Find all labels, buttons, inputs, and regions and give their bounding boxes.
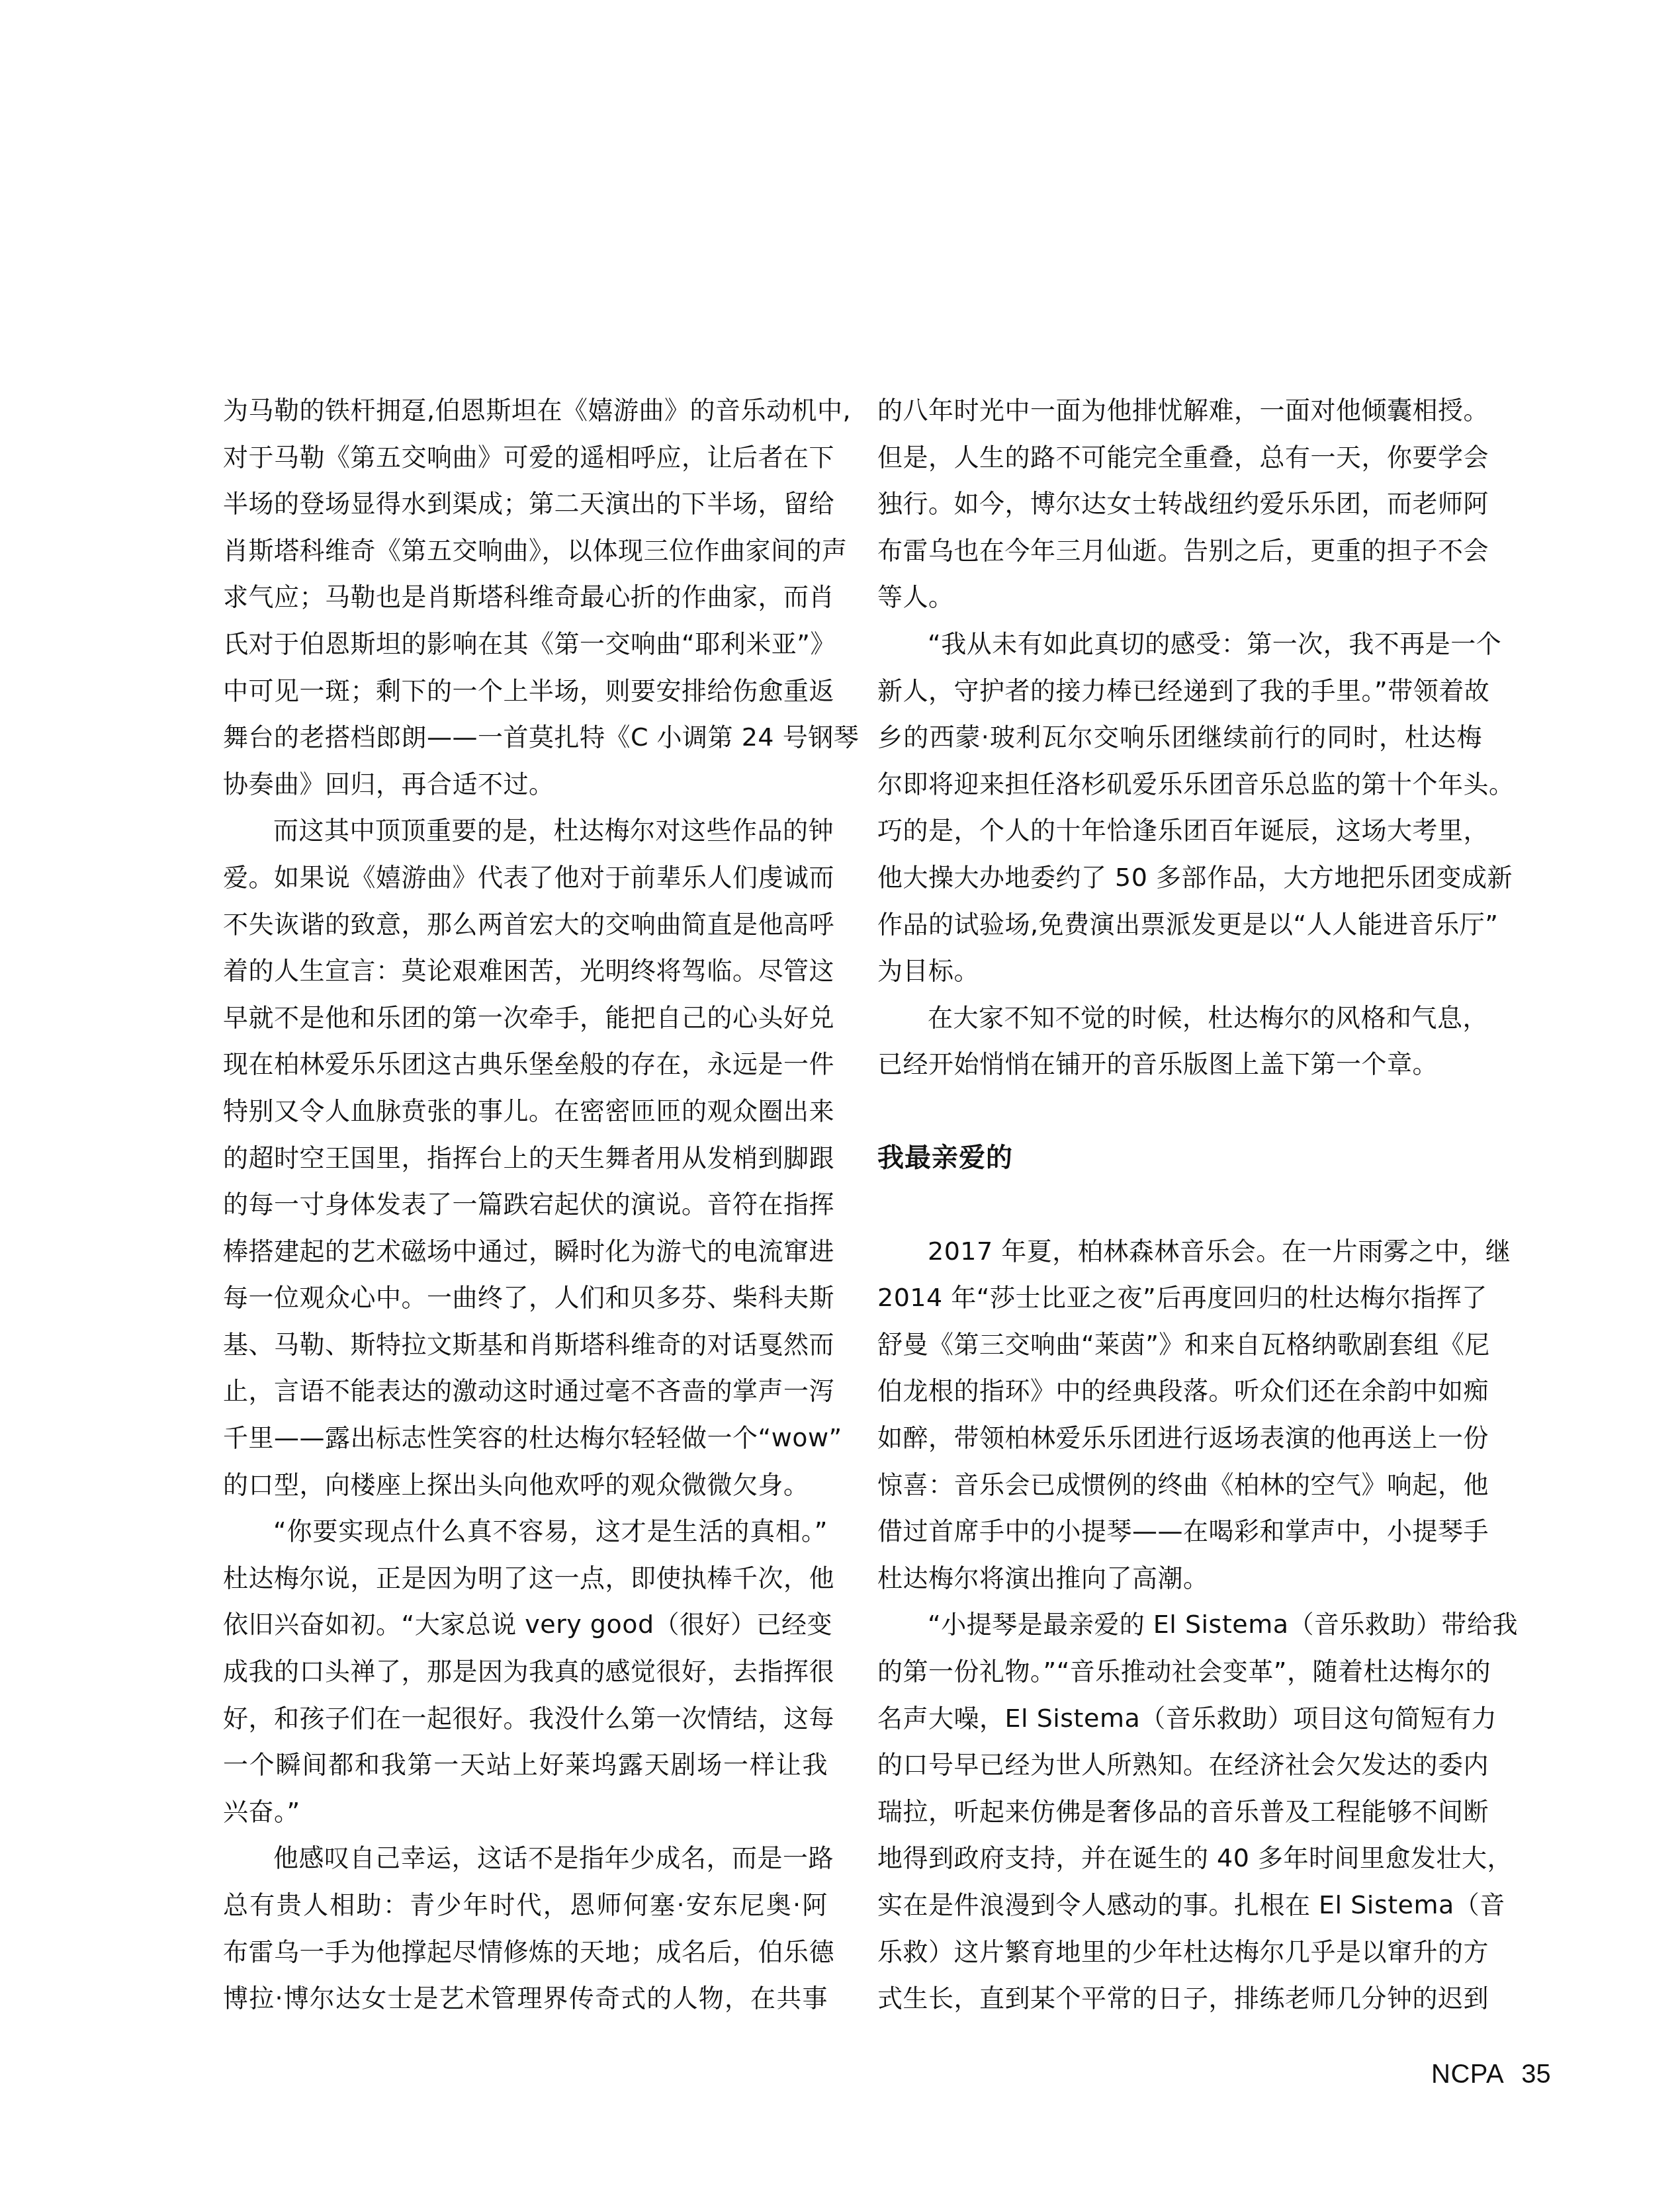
section-heading: 我最亲爱的 bbox=[877, 1139, 1482, 1186]
text-line: 每一位观众心中。一曲终了，人们和贝多芬、柴科夫斯 bbox=[223, 1279, 828, 1326]
text-line: 杜达梅尔说，正是因为明了这一点，即使执棒千次，他 bbox=[223, 1559, 828, 1606]
text-line: 而这其中顶顶重要的是，杜达梅尔对这些作品的钟 bbox=[223, 812, 828, 859]
text-line: 现在柏林爱乐乐团这古典乐堡垒般的存在，永远是一件 bbox=[223, 1045, 828, 1092]
text-line: “我从未有如此真切的感受：第一次，我不再是一个 bbox=[877, 625, 1482, 672]
text-line: 借过首席手中的小提琴——在喝彩和掌声中，小提琴手 bbox=[877, 1512, 1482, 1559]
text-line: 的口号早已经为世人所熟知。在经济社会欠发达的委内 bbox=[877, 1746, 1482, 1793]
text-line: 博拉·博尔达女士是艺术管理界传奇式的人物，在共事 bbox=[223, 1980, 828, 2027]
text-line: 求气应；马勒也是肖斯塔科维奇最心折的作曲家，而肖 bbox=[223, 578, 828, 625]
text-line: 如醉，带领柏林爱乐乐团进行返场表演的他再送上一份 bbox=[877, 1419, 1482, 1466]
text-line: 好，和孩子们在一起很好。我没什么第一次情结，这每 bbox=[223, 1700, 828, 1747]
text-line: 新人，守护者的接力棒已经递到了我的手里。”带领着故 bbox=[877, 672, 1482, 719]
text-line: 式生长，直到某个平常的日子，排练老师几分钟的迟到 bbox=[877, 1980, 1482, 2027]
text-line: 依旧兴奋如初。“大家总说 very good（很好）已经变 bbox=[223, 1606, 828, 1653]
text-line: 的口型，向楼座上探出头向他欢呼的观众微微欠身。 bbox=[223, 1466, 828, 1513]
text-line: 在大家不知不觉的时候，杜达梅尔的风格和气息， bbox=[877, 999, 1482, 1046]
text-line: 兴奋。” bbox=[223, 1793, 828, 1840]
text-line: 止，言语不能表达的激动这时通过毫不吝啬的掌声一泻 bbox=[223, 1372, 828, 1419]
text-line: 爱。如果说《嬉游曲》代表了他对于前辈乐人们虔诚而 bbox=[223, 859, 828, 906]
text-line: 千里——露出标志性笑容的杜达梅尔轻轻做一个“wow” bbox=[223, 1419, 828, 1466]
text-line: 2017 年夏，柏林森林音乐会。在一片雨雾之中，继 bbox=[877, 1233, 1482, 1280]
text-line: 已经开始悄悄在铺开的音乐版图上盖下第一个章。 bbox=[877, 1045, 1482, 1092]
section-spacer bbox=[877, 1186, 1482, 1233]
text-line: 为马勒的铁杆拥趸,伯恩斯坦在《嬉游曲》的音乐动机中, bbox=[223, 392, 828, 439]
text-line: 地得到政府支持，并在诞生的 40 多年时间里愈发壮大， bbox=[877, 1839, 1482, 1886]
text-line: 中可见一斑；剩下的一个上半场，则要安排给伤愈重返 bbox=[223, 672, 828, 719]
right-column: 的八年时光中一面为他排忧解难，一面对他倾囊相授。但是，人生的路不可能完全重叠，总… bbox=[877, 392, 1482, 2027]
right-column-bottom-text: 2017 年夏，柏林森林音乐会。在一片雨雾之中，继2014 年“莎士比亚之夜”后… bbox=[877, 1233, 1482, 2027]
text-line: 氏对于伯恩斯坦的影响在其《第一交响曲“耶利米亚”》 bbox=[223, 625, 828, 672]
text-line: 早就不是他和乐团的第一次牵手，能把自己的心头好兑 bbox=[223, 999, 828, 1046]
text-line: 2014 年“莎士比亚之夜”后再度回归的杜达梅尔指挥了 bbox=[877, 1279, 1482, 1326]
text-line: 乡的西蒙·玻利瓦尔交响乐团继续前行的同时，杜达梅 bbox=[877, 719, 1482, 766]
text-line: 对于马勒《第五交响曲》可爱的遥相呼应，让后者在下 bbox=[223, 439, 828, 486]
text-line: 乐救）这片繁育地里的少年杜达梅尔几乎是以窜升的方 bbox=[877, 1933, 1482, 1980]
text-line: 不失诙谐的致意，那么两首宏大的交响曲简直是他高呼 bbox=[223, 906, 828, 953]
text-line: 尔即将迎来担任洛杉矶爱乐乐团音乐总监的第十个年头。 bbox=[877, 766, 1482, 812]
text-line: 作品的试验场,免费演出票派发更是以“人人能进音乐厅” bbox=[877, 906, 1482, 953]
text-line: 但是，人生的路不可能完全重叠，总有一天，你要学会 bbox=[877, 439, 1482, 486]
text-line: 特别又令人血脉贲张的事儿。在密密匝匝的观众圈出来 bbox=[223, 1092, 828, 1139]
text-line: 协奏曲》回归，再合适不过。 bbox=[223, 766, 828, 812]
text-line: 基、马勒、斯特拉文斯基和肖斯塔科维奇的对话戛然而 bbox=[223, 1326, 828, 1373]
text-line: 实在是件浪漫到令人感动的事。扎根在 El Sistema（音 bbox=[877, 1886, 1482, 1933]
text-line: 他感叹自己幸运，这话不是指年少成名，而是一路 bbox=[223, 1839, 828, 1886]
text-line: 半场的登场显得水到渠成；第二天演出的下半场，留给 bbox=[223, 485, 828, 532]
text-line: “你要实现点什么真不容易，这才是生活的真相。” bbox=[223, 1512, 828, 1559]
text-line: 的八年时光中一面为他排忧解难，一面对他倾囊相授。 bbox=[877, 392, 1482, 439]
section-spacer bbox=[877, 1092, 1482, 1139]
right-column-top-text: 的八年时光中一面为他排忧解难，一面对他倾囊相授。但是，人生的路不可能完全重叠，总… bbox=[877, 392, 1482, 1092]
left-column: 为马勒的铁杆拥趸,伯恩斯坦在《嬉游曲》的音乐动机中,对于马勒《第五交响曲》可爱的… bbox=[223, 392, 828, 2027]
text-line: 布雷乌也在今年三月仙逝。告别之后，更重的担子不会 bbox=[877, 532, 1482, 579]
text-line: 为目标。 bbox=[877, 952, 1482, 999]
text-line: 独行。如今，博尔达女士转战纽约爱乐乐团，而老师阿 bbox=[877, 485, 1482, 532]
text-line: 等人。 bbox=[877, 578, 1482, 625]
text-line: 惊喜：音乐会已成惯例的终曲《柏林的空气》响起，他 bbox=[877, 1466, 1482, 1513]
text-line: 的超时空王国里，指挥台上的天生舞者用从发梢到脚跟 bbox=[223, 1139, 828, 1186]
text-line: “小提琴是最亲爱的 El Sistema（音乐救助）带给我 bbox=[877, 1606, 1482, 1653]
text-line: 的第一份礼物。”“音乐推动社会变革”，随着杜达梅尔的 bbox=[877, 1653, 1482, 1700]
text-line: 伯龙根的指环》中的经典段落。听众们还在余韵中如痴 bbox=[877, 1372, 1482, 1419]
text-line: 棒搭建起的艺术磁场中通过，瞬时化为游弋的电流窜进 bbox=[223, 1233, 828, 1280]
page-footer: NCPA35 bbox=[1431, 2058, 1551, 2090]
text-line: 他大操大办地委约了 50 多部作品，大方地把乐团变成新 bbox=[877, 859, 1482, 906]
page-number: 35 bbox=[1521, 2060, 1551, 2089]
text-line: 总有贵人相助：青少年时代，恩师何塞·安东尼奥·阿 bbox=[223, 1886, 828, 1933]
text-line: 舒曼《第三交响曲“莱茵”》和来自瓦格纳歌剧套组《尼 bbox=[877, 1326, 1482, 1373]
text-line: 布雷乌一手为他撑起尽情修炼的天地；成名后，伯乐德 bbox=[223, 1933, 828, 1980]
text-line: 着的人生宣言：莫论艰难困苦，光明终将驾临。尽管这 bbox=[223, 952, 828, 999]
text-line: 名声大噪，El Sistema（音乐救助）项目这句简短有力 bbox=[877, 1700, 1482, 1747]
text-line: 一个瞬间都和我第一天站上好莱坞露天剧场一样让我 bbox=[223, 1746, 828, 1793]
magazine-brand: NCPA bbox=[1431, 2060, 1504, 2089]
text-line: 成我的口头禅了，那是因为我真的感觉很好，去指挥很 bbox=[223, 1653, 828, 1700]
text-line: 杜达梅尔将演出推向了高潮。 bbox=[877, 1559, 1482, 1606]
text-line: 瑞拉，听起来仿佛是奢侈品的音乐普及工程能够不间断 bbox=[877, 1793, 1482, 1840]
text-line: 舞台的老搭档郎朗——一首莫扎特《C 小调第 24 号钢琴 bbox=[223, 719, 828, 766]
text-line: 肖斯塔科维奇《第五交响曲》，以体现三位作曲家间的声 bbox=[223, 532, 828, 579]
text-line: 的每一寸身体发表了一篇跌宕起伏的演说。音符在指挥 bbox=[223, 1186, 828, 1233]
text-line: 巧的是，个人的十年恰逢乐团百年诞辰，这场大考里， bbox=[877, 812, 1482, 859]
